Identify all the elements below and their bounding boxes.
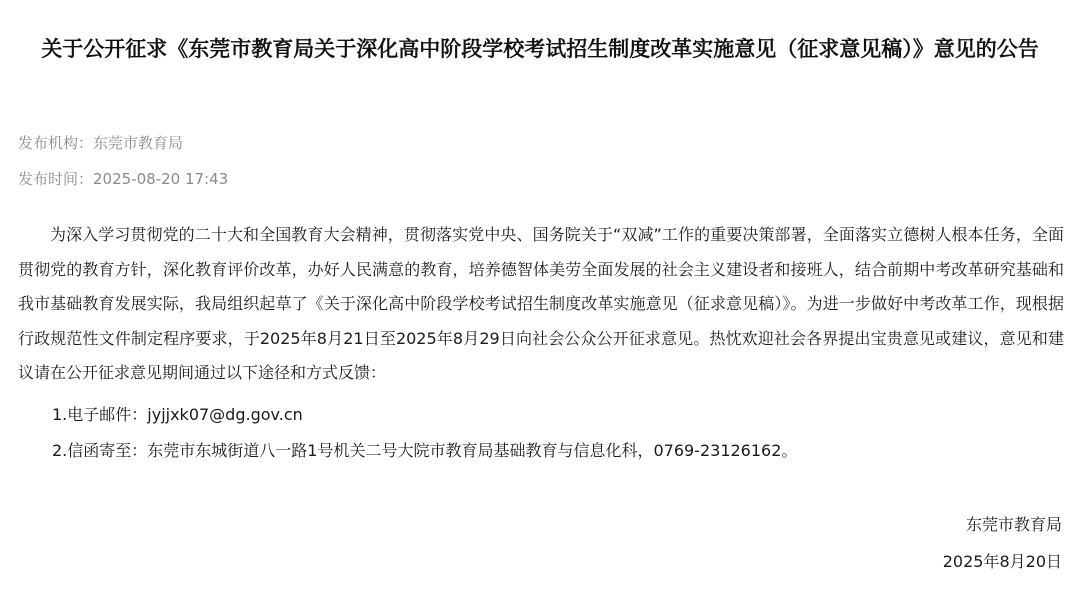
- publish-time-value: 2025-08-20 17:43: [93, 170, 228, 188]
- publisher-value: 东莞市教育局: [93, 134, 183, 152]
- feedback-email-label: 1.电子邮件：: [52, 405, 147, 424]
- page-title: 关于公开征求《东莞市教育局关于深化高中阶段学校考试招生制度改革实施意见（征求意见…: [20, 32, 1060, 66]
- publisher-label: 发布机构：: [18, 134, 93, 152]
- feedback-mail-label: 2.信函寄至：: [52, 441, 147, 460]
- publish-time-meta: 发布时间：2025-08-20 17:43: [18, 169, 228, 189]
- feedback-email-value[interactable]: jyjjxk07@dg.gov.cn: [147, 405, 303, 424]
- signature-org: 东莞市教育局: [966, 514, 1062, 536]
- feedback-email: 1.电子邮件：jyjjxk07@dg.gov.cn: [52, 404, 303, 426]
- announcement-body: 为深入学习贯彻党的二十大和全国教育大会精神，贯彻落实党中央、国务院关于“双减”工…: [18, 218, 1064, 391]
- signature-date: 2025年8月20日: [943, 551, 1062, 573]
- publisher-meta: 发布机构：东莞市教育局: [18, 133, 183, 153]
- feedback-mail-value: 东莞市东城街道八一路1号机关二号大院市教育局基础教育与信息化科，0769-231…: [147, 441, 797, 460]
- publish-time-label: 发布时间：: [18, 170, 93, 188]
- feedback-mail: 2.信函寄至：东莞市东城街道八一路1号机关二号大院市教育局基础教育与信息化科，0…: [52, 440, 797, 462]
